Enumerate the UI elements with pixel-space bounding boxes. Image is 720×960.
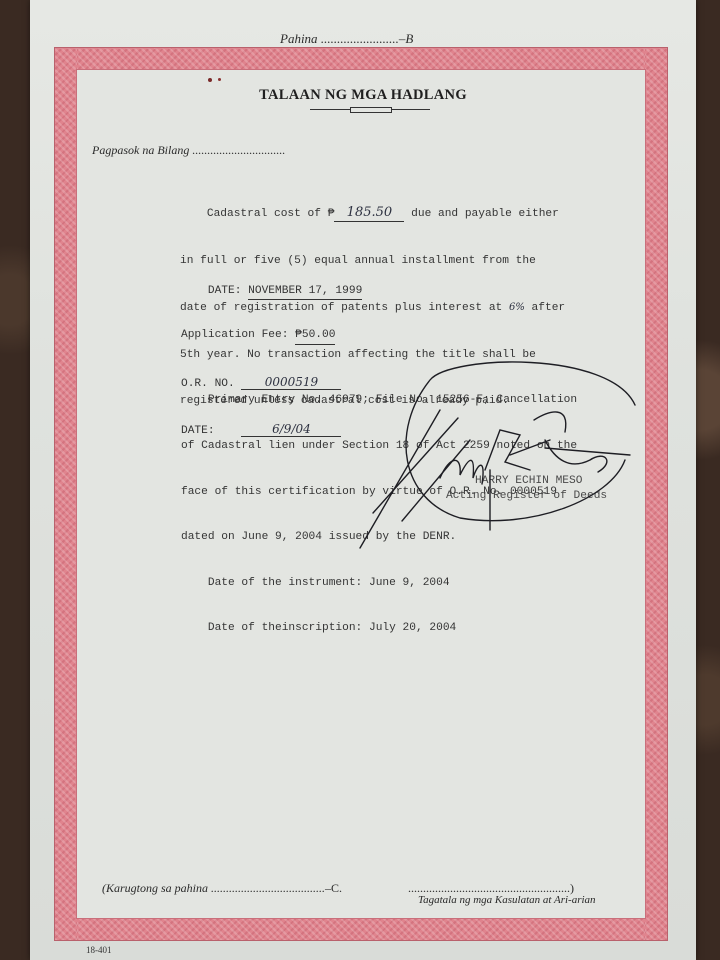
- continuation-label: (Karugtong sa pahina: [102, 881, 208, 895]
- document-page: Pahina ........................–B TALAAN…: [30, 0, 696, 960]
- continuation-blank: ......................................: [211, 881, 325, 895]
- continuation-field: (Karugtong sa pahina ...................…: [102, 881, 342, 896]
- form-code: 18-401: [86, 945, 112, 955]
- signature-icon: [30, 0, 696, 960]
- continuation-suffix: –C.: [325, 881, 342, 895]
- register-label: Tagatala ng mga Kasulatan at Ari-arian: [418, 894, 596, 906]
